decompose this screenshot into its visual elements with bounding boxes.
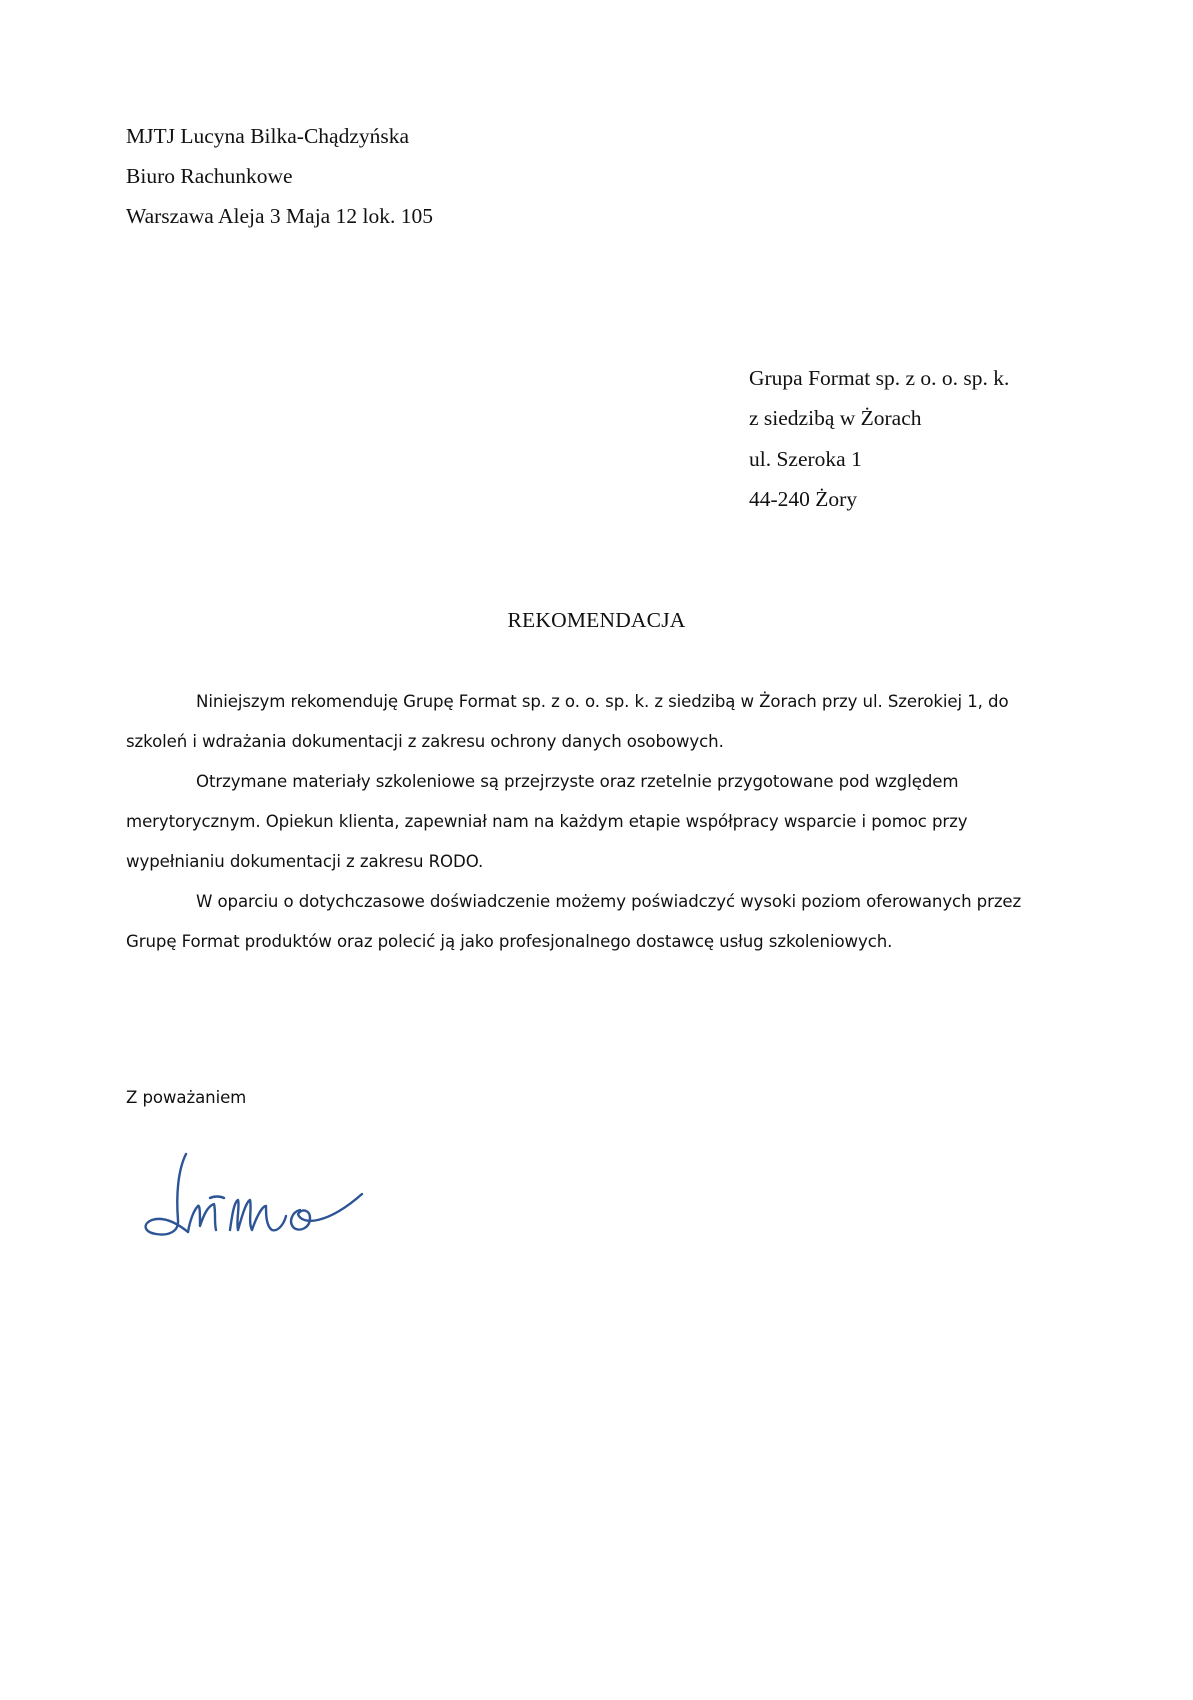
signature-icon xyxy=(138,1140,378,1245)
recipient-street: ul. Szeroka 1 xyxy=(749,447,862,471)
document-title: REKOMENDACJA xyxy=(0,608,1193,632)
body-line: merytorycznym. Opiekun klienta, zapewnia… xyxy=(126,810,968,834)
closing-salutation: Z poważaniem xyxy=(126,1086,246,1110)
body-line: wypełnianiu dokumentacji z zakresu RODO. xyxy=(126,850,483,874)
recipient-company: Grupa Format sp. z o. o. sp. k. xyxy=(749,366,1009,390)
body-line: szkoleń i wdrażania dokumentacji z zakre… xyxy=(126,730,724,754)
body-line: Grupę Format produktów oraz polecić ją j… xyxy=(126,930,892,954)
sender-office: Biuro Rachunkowe xyxy=(126,164,293,188)
body-line: Otrzymane materiały szkoleniowe są przej… xyxy=(196,770,958,794)
body-line: Niniejszym rekomenduję Grupę Format sp. … xyxy=(196,690,1009,714)
sender-name: MJTJ Lucyna Bilka-Chądzyńska xyxy=(126,124,409,148)
body-line: W oparciu o dotychczasowe doświadczenie … xyxy=(196,890,1021,914)
sender-street: Warszawa Aleja 3 Maja 12 lok. 105 xyxy=(126,204,433,228)
recipient-postal-city: 44-240 Żory xyxy=(749,487,857,511)
recipient-seat: z siedzibą w Żorach xyxy=(749,406,922,430)
